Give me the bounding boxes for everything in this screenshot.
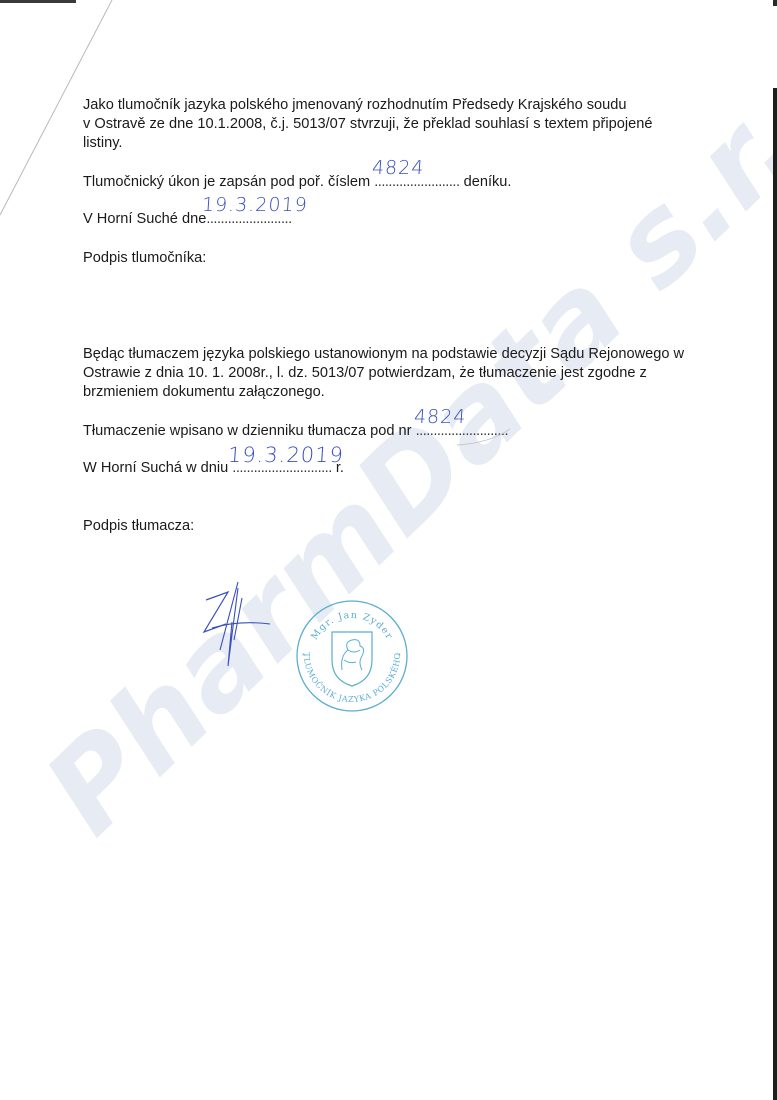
polish-place-prefix: W Horní Suchá w dniu <box>83 460 228 476</box>
czech-record-number-handwritten: 4824 <box>371 157 425 179</box>
svg-text:TLUMOČNÍK JAZYKA POLSKÉHO: TLUMOČNÍK JAZYKA POLSKÉHO <box>302 652 402 704</box>
stamp-top-text: Mgr. Jan Zyder <box>309 610 395 642</box>
svg-text:Mgr. Jan Zyder: Mgr. Jan Zyder <box>309 610 395 642</box>
czech-place-prefix: V Horní Suché dne <box>83 211 206 227</box>
svg-text:*: * <box>302 653 305 660</box>
czech-date-handwritten: 19.3.2019 <box>201 194 308 216</box>
czech-record-line: Tlumočnický úkon je zapsán pod poř. čísl… <box>83 173 511 192</box>
czech-certification-line-3: listiny. <box>83 134 122 153</box>
scan-edge-corner <box>773 0 777 6</box>
polish-certification-line-1: Będąc tłumaczem języka polskiego ustanow… <box>83 345 684 364</box>
czech-signature-label: Podpis tlumočníka: <box>83 249 206 268</box>
svg-text:*: * <box>398 653 401 660</box>
czech-record-suffix: deníku. <box>464 174 512 190</box>
scan-edge-top <box>0 0 76 3</box>
translator-stamp: Mgr. Jan Zyder TLUMOČNÍK JAZYKA POLSKÉHO… <box>294 598 410 714</box>
stamp-bottom-text: TLUMOČNÍK JAZYKA POLSKÉHO <box>302 652 402 704</box>
polish-certification-line-2: Ostrawie z dnia 10. 1. 2008r., l. dz. 50… <box>83 364 647 383</box>
lion-emblem-icon <box>332 632 372 686</box>
polish-record-prefix: Tłumaczenie wpisano w dzienniku tłumacza… <box>83 423 412 439</box>
polish-certification-line-3: brzmieniem dokumentu załączonego. <box>83 383 325 402</box>
pen-stroke <box>455 425 515 450</box>
polish-signature-label: Podpis tłumacza: <box>83 517 194 536</box>
scan-edge-right <box>773 88 777 1100</box>
czech-certification-line-1: Jako tlumočník jazyka polského jmenovaný… <box>83 96 627 115</box>
czech-certification-line-2: v Ostravě ze dne 10.1.2008, č.j. 5013/07… <box>83 115 652 134</box>
handwritten-signature <box>198 580 278 680</box>
polish-date-handwritten: 19.3.2019 <box>227 443 345 467</box>
czech-record-prefix: Tlumočnický úkon je zapsán pod poř. čísl… <box>83 174 370 190</box>
